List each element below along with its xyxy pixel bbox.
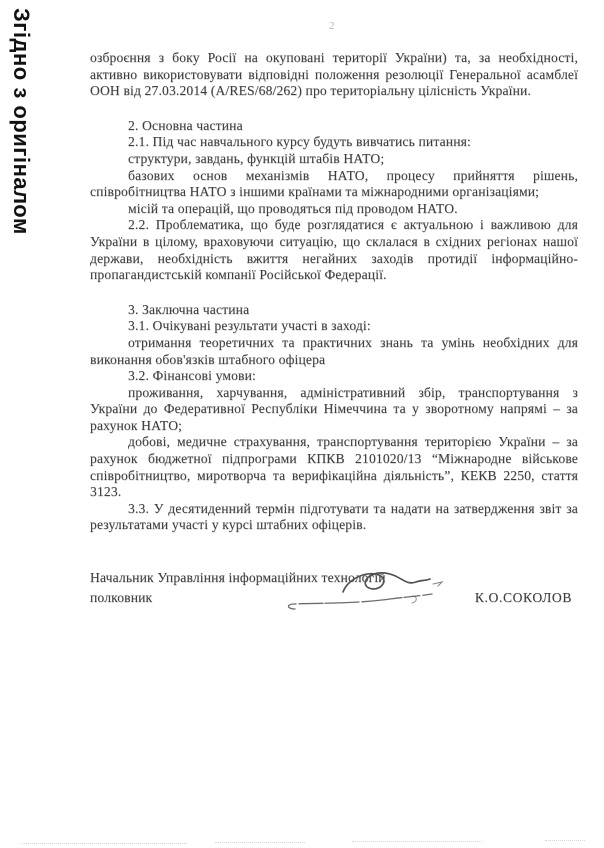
paragraph: озброєння з боку Росії на окуповані тери… bbox=[90, 50, 578, 100]
page-number: 2 bbox=[329, 20, 335, 32]
signatory-title: Начальник Управління інформаційних техно… bbox=[90, 568, 386, 608]
paragraph: 2.1. Під час навчального курсу будуть ви… bbox=[90, 134, 578, 151]
paragraph: 3.3. У десятиденний термін підготувати т… bbox=[90, 501, 578, 534]
paragraph: 3.1. Очікувані результати участі в заход… bbox=[90, 318, 578, 335]
signature-block: Начальник Управління інформаційних техно… bbox=[90, 568, 578, 608]
signatory-name: К.О.СОКОЛОВ bbox=[475, 590, 572, 607]
paragraph: отримання теоретичних та практичних знан… bbox=[90, 335, 578, 368]
paragraph: структури, завдань, функцій штабів НАТО; bbox=[90, 151, 578, 168]
paragraph: проживання, харчування, адміністративний… bbox=[90, 385, 578, 435]
signatory-position: Начальник Управління інформаційних техно… bbox=[90, 568, 386, 588]
scanned-document-page: Згідно з оригіналом 2 озброєння з боку Р… bbox=[0, 0, 604, 848]
paragraph: базових основ механізмів НАТО, процесу п… bbox=[90, 168, 578, 201]
paragraph: місій та операцій, що проводяться під пр… bbox=[90, 201, 578, 218]
document-body: озброєння з боку Росії на окуповані тери… bbox=[90, 50, 578, 608]
paragraph: 2.2. Проблематика, що буде розглядатися … bbox=[90, 217, 578, 283]
paragraph: добові, медичне страхування, транспортув… bbox=[90, 434, 578, 500]
scan-noise-line bbox=[22, 843, 187, 844]
section-heading: 2. Основна частина bbox=[90, 118, 578, 135]
scan-noise-line bbox=[352, 841, 482, 842]
paragraph: 3.2. Фінансові умови: bbox=[90, 368, 578, 385]
scan-noise-line bbox=[215, 842, 305, 843]
certification-stamp: Згідно з оригіналом bbox=[8, 8, 34, 244]
section-heading: 3. Заключна частина bbox=[90, 302, 578, 319]
scan-noise-line bbox=[545, 840, 585, 841]
signatory-rank: полковник bbox=[90, 588, 386, 608]
